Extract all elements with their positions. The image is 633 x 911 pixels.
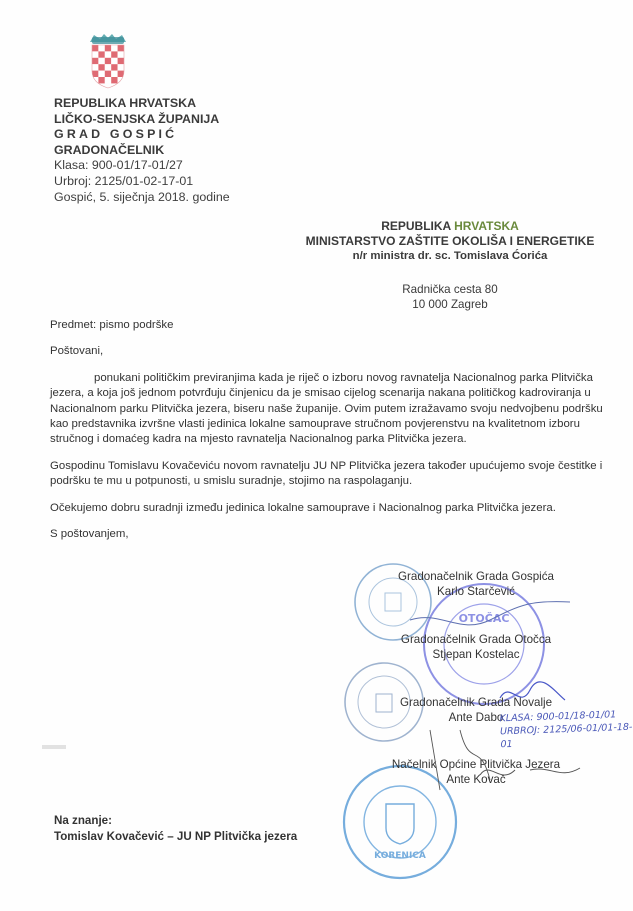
sender-block: REPUBLIKA HRVATSKA LIČKO-SENJSKA ŽUPANIJ… <box>54 96 230 205</box>
cc-recipient: Tomislav Kovačević – JU NP Plitvička jez… <box>54 829 297 845</box>
recipient-attention: n/r ministra dr. sc. Tomislava Ćorića <box>290 249 610 264</box>
svg-text:KORENICA: KORENICA <box>374 851 426 861</box>
sender-office: GRADONAČELNIK <box>54 143 230 159</box>
recipient-address: Radnička cesta 80 10 000 Zagreb <box>290 282 610 312</box>
sender-country: REPUBLIKA HRVATSKA <box>54 96 230 112</box>
letter-page: REPUBLIKA HRVATSKA LIČKO-SENJSKA ŽUPANIJ… <box>0 0 633 911</box>
subject-line: Predmet: pismo podrške <box>50 318 610 333</box>
signature-scribble-icon <box>380 580 620 810</box>
paragraph-2: Gospodinu Tomislavu Kovačeviću novom rav… <box>50 459 610 490</box>
recipient-city: 10 000 Zagreb <box>290 297 610 312</box>
sender-city: GRAD GOSPIĆ <box>54 127 230 143</box>
recipient-hrvatska: HRVATSKA <box>454 219 519 233</box>
recipient-block: REPUBLIKA HRVATSKA MINISTARSTVO ZAŠTITE … <box>290 219 610 264</box>
urbroj: Urbroj: 2125/01-02-17-01 <box>54 174 230 190</box>
paragraph-3: Očekujemo dobru suradnji između jedinica… <box>50 501 610 516</box>
recipient-street: Radnička cesta 80 <box>290 282 610 297</box>
handwritten-urbroj: URBROJ: 2125/06-01/01-18-01 <box>500 721 633 752</box>
sender-county: LIČKO-SENJSKA ŽUPANIJA <box>54 112 230 128</box>
letter-body: Predmet: pismo podrške Poštovani, ponuka… <box>50 318 610 542</box>
salutation: Poštovani, <box>50 344 610 359</box>
scan-smudge <box>42 745 66 749</box>
recipient-republika: REPUBLIKA <box>381 219 451 233</box>
place-date: Gospić, 5. siječnja 2018. godine <box>54 190 230 206</box>
handwritten-reference: KLASA: 900-01/18-01/01 URBROJ: 2125/06-0… <box>499 708 633 752</box>
cc-block: Na znanje: Tomislav Kovačević – JU NP Pl… <box>54 813 297 845</box>
coat-of-arms-icon <box>86 33 130 89</box>
paragraph-1: ponukani političkim previranjima kada je… <box>50 371 610 448</box>
closing: S poštovanjem, <box>50 527 610 542</box>
cc-label: Na znanje: <box>54 813 297 829</box>
recipient-country: REPUBLIKA HRVATSKA <box>290 219 610 234</box>
recipient-ministry: MINISTARSTVO ZAŠTITE OKOLIŠA I ENERGETIK… <box>290 234 610 249</box>
klasa: Klasa: 900-01/17-01/27 <box>54 158 230 174</box>
